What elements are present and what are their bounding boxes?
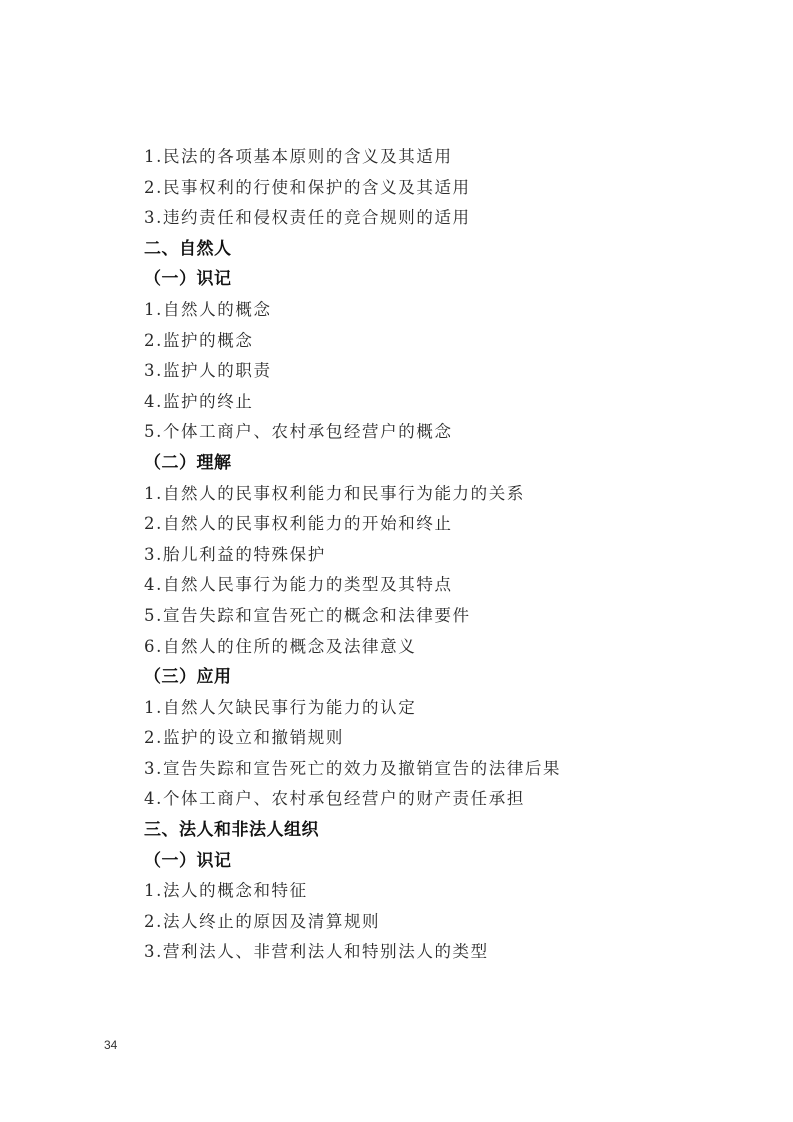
list-item: 2.自然人的民事权利能力的开始和终止 bbox=[144, 509, 704, 540]
list-item: 2.民事权利的行使和保护的含义及其适用 bbox=[144, 173, 704, 204]
list-item: 1.自然人的民事权利能力和民事行为能力的关系 bbox=[144, 479, 704, 510]
list-item: 2.法人终止的原因及清算规则 bbox=[144, 907, 704, 938]
subsection-heading: （一）识记 bbox=[144, 846, 704, 877]
document-body: 1.民法的各项基本原则的含义及其适用 2.民事权利的行使和保护的含义及其适用 3… bbox=[144, 142, 704, 968]
list-item: 4.自然人民事行为能力的类型及其特点 bbox=[144, 570, 704, 601]
list-item: 1.自然人欠缺民事行为能力的认定 bbox=[144, 693, 704, 724]
subsection-heading: （一）识记 bbox=[144, 264, 704, 295]
subsection-heading: （二）理解 bbox=[144, 448, 704, 479]
list-item: 3.胎儿利益的特殊保护 bbox=[144, 540, 704, 571]
list-item: 1.民法的各项基本原则的含义及其适用 bbox=[144, 142, 704, 173]
list-item: 2.监护的设立和撤销规则 bbox=[144, 723, 704, 754]
list-item: 3.违约责任和侵权责任的竞合规则的适用 bbox=[144, 203, 704, 234]
list-item: 4.监护的终止 bbox=[144, 387, 704, 418]
list-item: 3.营利法人、非营利法人和特别法人的类型 bbox=[144, 937, 704, 968]
list-item: 1.自然人的概念 bbox=[144, 295, 704, 326]
list-item: 3.宣告失踪和宣告死亡的效力及撤销宣告的法律后果 bbox=[144, 754, 704, 785]
list-item: 4.个体工商户、农村承包经营户的财产责任承担 bbox=[144, 784, 704, 815]
section-heading: 二、自然人 bbox=[144, 234, 704, 265]
section-heading: 三、法人和非法人组织 bbox=[144, 815, 704, 846]
list-item: 5.个体工商户、农村承包经营户的概念 bbox=[144, 417, 704, 448]
subsection-heading: （三）应用 bbox=[144, 662, 704, 693]
document-page: 1.民法的各项基本原则的含义及其适用 2.民事权利的行使和保护的含义及其适用 3… bbox=[0, 0, 793, 1122]
list-item: 6.自然人的住所的概念及法律意义 bbox=[144, 632, 704, 663]
page-number: 34 bbox=[104, 1038, 117, 1052]
list-item: 1.法人的概念和特征 bbox=[144, 876, 704, 907]
list-item: 3.监护人的职责 bbox=[144, 356, 704, 387]
list-item: 2.监护的概念 bbox=[144, 326, 704, 357]
list-item: 5.宣告失踪和宣告死亡的概念和法律要件 bbox=[144, 601, 704, 632]
